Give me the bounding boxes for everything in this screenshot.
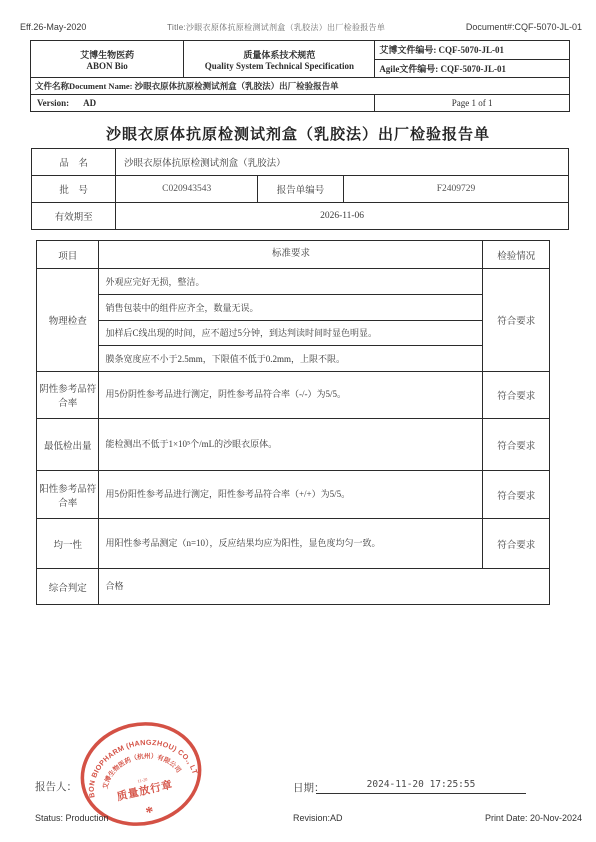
uniformity-result: 符合要求 xyxy=(483,519,549,568)
detection-limit-result: 符合要求 xyxy=(483,419,549,470)
company-cell: 艾博生物医药 ABON Bio xyxy=(31,41,184,77)
abon-doc-number: 艾博文件编号: CQF-5070-JL-01 xyxy=(375,41,569,60)
page-number-cell: Page 1 of 1 xyxy=(375,95,569,111)
version-row: Version: AD Page 1 of 1 xyxy=(31,95,569,111)
physical-check-label: 物理检查 xyxy=(37,269,99,371)
product-name-label: 品 名 xyxy=(32,149,116,175)
batch-label: 批 号 xyxy=(32,176,116,202)
positive-reference-label: 阳性参考品符合率 xyxy=(37,471,99,518)
product-name-value: 沙眼衣原体抗原检测试剂盒（乳胶法） xyxy=(116,149,568,175)
document-name-row: 文件名称Document Name: 沙眼衣原体抗原检测试剂盒（乳胶法）出厂检验… xyxy=(31,78,569,95)
version-cell: Version: AD xyxy=(31,95,375,111)
stamp-small-text: 11-20 xyxy=(137,777,148,784)
stamp-center-text: 质量放行章 xyxy=(116,778,175,804)
product-info-table: 品 名 沙眼衣原体抗原检测试剂盒（乳胶法） 批 号 C020943543 报告单… xyxy=(31,148,569,230)
batch-value: C020943543 xyxy=(116,176,258,202)
product-name-row: 品 名 沙眼衣原体抗原检测试剂盒（乳胶法） xyxy=(32,149,568,176)
spec-cell: 质量体系技术规范 Quality System Technical Specif… xyxy=(184,41,375,77)
table-row-overall-verdict: 综合判定 合格 xyxy=(37,569,549,604)
version-label: Version: xyxy=(37,98,69,108)
document-title-line: Title:沙眼衣原体抗原检测试剂盒（乳胶法）出厂检验报告单 xyxy=(167,22,385,33)
negative-reference-label: 阴性参考品符合率 xyxy=(37,372,99,418)
doc-number-cell: 艾博文件编号: CQF-5070-JL-01 Agile文件编号: CQF-50… xyxy=(375,41,569,77)
footer-revision: Revision:AD xyxy=(293,813,485,823)
signature-date-value: 2024-11-20 17:25:55 xyxy=(367,779,476,790)
document-control-table: 艾博生物医药 ABON Bio 质量体系技术规范 Quality System … xyxy=(30,40,570,112)
report-no-value: F2409729 xyxy=(344,176,568,202)
batch-row: 批 号 C020943543 报告单编号 F2409729 xyxy=(32,176,568,203)
physical-requirement-3: 加样后C线出现的时间，应不超过5分钟，到达判读时间时显色明显。 xyxy=(99,321,482,347)
positive-reference-requirement: 用5份阳性参考品进行测定，阳性参考品符合率（+/+）为5/5。 xyxy=(99,471,483,518)
uniformity-label: 均一性 xyxy=(37,519,99,568)
inspection-table: 项目 标准要求 检验情况 物理检查 外观应完好无损，整洁。 销售包装中的组件应齐… xyxy=(36,240,550,605)
physical-check-result: 符合要求 xyxy=(483,269,549,371)
company-name-en: ABON Bio xyxy=(87,61,128,71)
positive-reference-result: 符合要求 xyxy=(483,471,549,518)
physical-requirement-4: 膜条宽度应不小于2.5mm，下限值不低于0.2mm，上限不限。 xyxy=(99,346,482,371)
detection-limit-requirement: 能检测出不低于1×10⁵个/mL的沙眼衣原体。 xyxy=(99,419,483,470)
agile-doc-number: Agile文件编号: CQF-5070-JL-01 xyxy=(375,60,569,78)
doc-control-row-top: 艾博生物医药 ABON Bio 质量体系技术规范 Quality System … xyxy=(31,41,569,78)
table-row-uniformity: 均一性 用阳性参考品测定（n=10），反应结果均应为阳性，显色度均匀一致。 符合… xyxy=(37,519,549,569)
reporter-label: 报告人： xyxy=(35,779,77,794)
header-result: 检验情况 xyxy=(483,241,549,268)
signature-date-line: 2024-11-20 17:25:55 xyxy=(316,772,526,794)
negative-reference-result: 符合要求 xyxy=(483,372,549,418)
stamp-inner-text: 艾博生物医药（杭州）有限公司 xyxy=(95,743,185,792)
table-row-physical-check: 物理检查 外观应完好无损，整洁。 销售包装中的组件应齐全，数量无误。 加样后C线… xyxy=(37,269,549,372)
expiry-label: 有效期至 xyxy=(32,203,116,229)
spec-title-cn: 质量体系技术规范 xyxy=(243,48,315,61)
header-item: 项目 xyxy=(37,241,99,268)
overall-verdict-label: 综合判定 xyxy=(37,569,99,604)
header-requirement: 标准要求 xyxy=(99,241,483,268)
company-name-cn: 艾博生物医药 xyxy=(80,48,134,61)
document-number: Document#:CQF-5070-JL-01 xyxy=(466,22,582,32)
stamp-outer-text: ABON BIOPHARM (HANGZHOU) CO., LTD xyxy=(67,705,200,801)
expiry-value: 2026-11-06 xyxy=(116,203,568,229)
overall-verdict-value: 合格 xyxy=(99,569,549,604)
scanned-report-page: Eff.26-May-2020 Title:沙眼衣原体抗原检测试剂盒（乳胶法）出… xyxy=(0,0,596,842)
inspection-header-row: 项目 标准要求 检验情况 xyxy=(37,241,549,269)
spec-title-en: Quality System Technical Specification xyxy=(205,61,354,71)
page-top-meta: Eff.26-May-2020 Title:沙眼衣原体抗原检测试剂盒（乳胶法）出… xyxy=(20,22,582,33)
table-row-negative-reference: 阴性参考品符合率 用5份阴性参考品进行测定，阴性参考品符合率（-/-）为5/5。… xyxy=(37,372,549,419)
footer-print-date: Print Date: 20-Nov-2024 xyxy=(485,813,582,823)
report-title: 沙眼衣原体抗原检测试剂盒（乳胶法）出厂检验报告单 xyxy=(0,123,596,144)
svg-text:艾博生物医药（杭州）有限公司: 艾博生物医药（杭州）有限公司 xyxy=(95,743,185,792)
uniformity-requirement: 用阳性参考品测定（n=10），反应结果均应为阳性，显色度均匀一致。 xyxy=(99,519,483,568)
table-row-positive-reference: 阳性参考品符合率 用5份阳性参考品进行测定，阳性参考品符合率（+/+）为5/5。… xyxy=(37,471,549,519)
report-no-label: 报告单编号 xyxy=(258,176,344,202)
effective-date: Eff.26-May-2020 xyxy=(20,22,86,32)
detection-limit-label: 最低检出量 xyxy=(37,419,99,470)
print-footer: Status: Production Revision:AD Print Dat… xyxy=(35,813,582,823)
version-value: AD xyxy=(83,98,96,108)
negative-reference-requirement: 用5份阴性参考品进行测定，阴性参考品符合率（-/-）为5/5。 xyxy=(99,372,483,418)
svg-text:ABON BIOPHARM (HANGZHOU) CO.,: ABON BIOPHARM (HANGZHOU) CO., LTD xyxy=(67,705,200,801)
physical-requirement-1: 外观应完好无损，整洁。 xyxy=(99,269,482,295)
table-row-detection-limit: 最低检出量 能检测出不低于1×10⁵个/mL的沙眼衣原体。 符合要求 xyxy=(37,419,549,471)
footer-status: Status: Production xyxy=(35,813,293,823)
physical-requirement-2: 销售包装中的组件应齐全，数量无误。 xyxy=(99,295,482,321)
expiry-row: 有效期至 2026-11-06 xyxy=(32,203,568,229)
physical-check-requirements: 外观应完好无损，整洁。 销售包装中的组件应齐全，数量无误。 加样后C线出现的时间… xyxy=(99,269,483,371)
